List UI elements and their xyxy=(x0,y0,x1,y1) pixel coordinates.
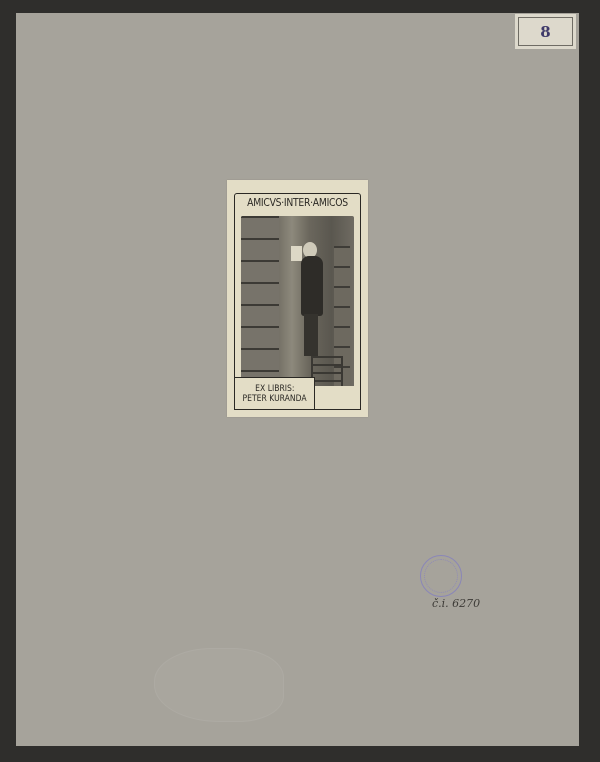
bookplate-frame: AMICVS·INTER·AMICOS EX LIBRIS: PETER KUR… xyxy=(234,193,361,410)
open-book xyxy=(291,246,302,261)
stamp-inner-ring xyxy=(424,559,458,593)
label-number: 8 xyxy=(540,23,550,41)
bookshelf-left xyxy=(241,216,279,386)
owner-name: PETER KURANDA xyxy=(242,394,306,404)
number-label: 8 xyxy=(515,14,576,49)
bookplate-illustration xyxy=(241,216,354,386)
bookplate: AMICVS·INTER·AMICOS EX LIBRIS: PETER KUR… xyxy=(227,180,368,417)
library-stamp xyxy=(420,555,462,597)
library-ladder xyxy=(311,356,343,386)
scholar-body xyxy=(301,256,323,316)
bookplate-motto: AMICVS·INTER·AMICOS xyxy=(243,197,353,215)
water-stain xyxy=(154,648,284,722)
number-label-border: 8 xyxy=(518,17,573,46)
ex-libris-text: EX LIBRIS: xyxy=(255,384,294,394)
inventory-number: č.i. 6270 xyxy=(432,597,480,610)
bookplate-caption: EX LIBRIS: PETER KURANDA xyxy=(235,377,315,409)
scholar-legs xyxy=(304,314,318,356)
